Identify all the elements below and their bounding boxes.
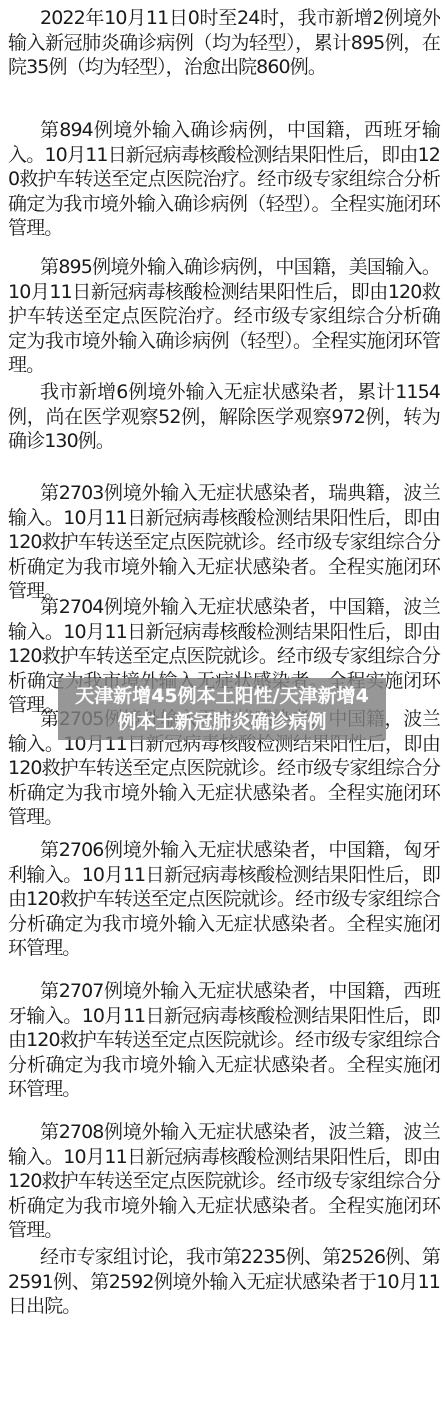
- paragraph-case-2707: 第2707例境外输入无症状感染者，中国籍，西班牙输入。10月11日新冠病毒核酸检…: [8, 979, 440, 1102]
- paragraph-summary-asymptomatic: 我市新增6例境外输入无症状感染者，累计1154例，尚在医学观察52例，解除医学观…: [8, 380, 440, 454]
- paragraph-case-894: 第894例境外输入确诊病例，中国籍，西班牙输入。10月11日新冠病毒核酸检测结果…: [8, 118, 440, 241]
- headline-overlay-banner: 天津新增45例本土阳性/天津新增4例本土新冠肺炎确诊病例: [58, 678, 386, 740]
- paragraph-case-2703: 第2703例境外输入无症状感染者，瑞典籍，波兰输入。10月11日新冠病毒核酸检测…: [8, 481, 440, 604]
- paragraph-case-2708: 第2708例境外输入无症状感染者，波兰籍，波兰输入。10月11日新冠病毒核酸检测…: [8, 1120, 440, 1243]
- paragraph-case-895: 第895例境外输入确诊病例，中国籍，美国输入。10月11日新冠病毒核酸检测结果阳…: [8, 255, 440, 378]
- paragraph-discharged: 经市专家组讨论，我市第2235例、第2526例、第2591例、第2592例境外输…: [8, 1245, 440, 1319]
- paragraph-case-2706: 第2706例境外输入无症状感染者，中国籍，匈牙利输入。10月11日新冠病毒核酸检…: [8, 838, 440, 961]
- headline-overlay-text: 天津新增45例本土阳性/天津新增4例本土新冠肺炎确诊病例: [72, 683, 372, 735]
- paragraph-summary-confirmed: 2022年10月11日0时至24时，我市新增2例境外输入新冠肺炎确诊病例（均为轻…: [8, 6, 440, 80]
